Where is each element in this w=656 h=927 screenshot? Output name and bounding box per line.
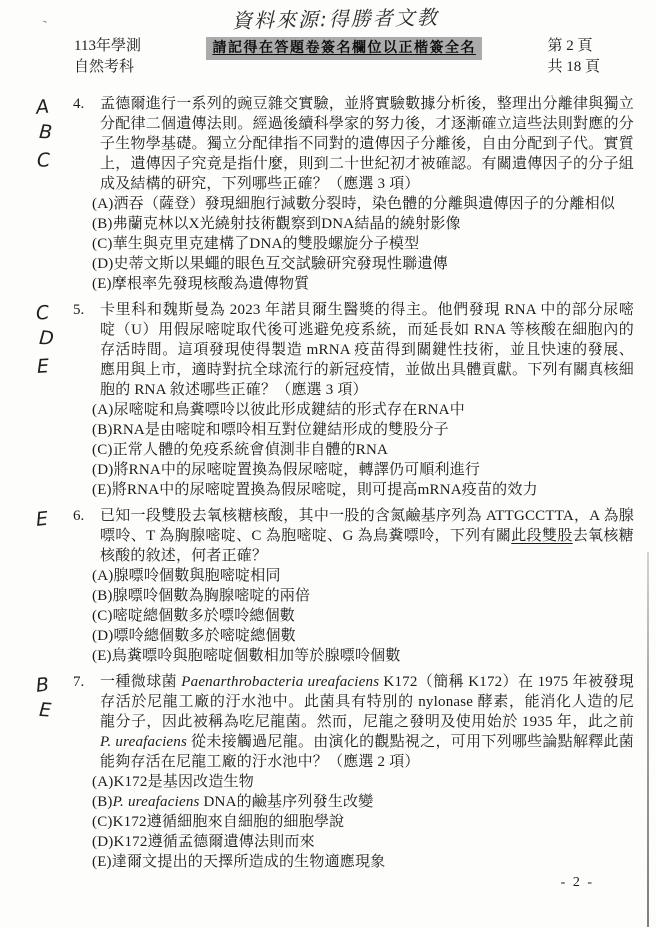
- text-segment: 尿嘧啶和鳥糞嘌呤以彼此形成鍵結的形式存在RNA中: [113, 402, 464, 418]
- option-label: (B): [92, 422, 113, 438]
- option: (E)摩根率先發現核酸為遺傳物質: [92, 274, 634, 294]
- handwritten-answer-letters: BE: [36, 672, 73, 872]
- option-label: (C): [92, 814, 113, 830]
- option-label: (A): [92, 774, 113, 790]
- option: (C)正常人體的免疫系統會偵測非自體的RNA: [92, 440, 634, 460]
- question: BE7.一種微球菌 Paenarthrobacteria ureafaciens…: [36, 672, 634, 872]
- option: (A)腺嘌呤個數與胞嘧啶相同: [92, 566, 634, 586]
- option-text: 弗蘭克林以X光繞射技術觀察到DNA結晶的繞射影像: [113, 216, 461, 232]
- option-label: (B): [92, 794, 113, 810]
- handwritten-answer-letter: D: [38, 326, 77, 356]
- option-label: (D): [92, 834, 113, 850]
- text-segment: 正常人體的免疫系統會偵測非自體的RNA: [113, 442, 388, 458]
- option-text: 嘧啶總個數多於嘌呤總個數: [113, 608, 295, 624]
- signature-notice: 請記得在答題卷簽名欄位以正楷簽全名: [206, 37, 482, 60]
- subject-label: 自然考科: [74, 57, 141, 78]
- option: (D)K172遵循孟德爾遺傳法則而來: [92, 832, 634, 852]
- option-label: (C): [92, 442, 113, 458]
- option-text: 正常人體的免疫系統會偵測非自體的RNA: [113, 442, 388, 458]
- option-label: (D): [92, 462, 113, 478]
- text-segment: 摩根率先發現核酸為遺傳物質: [112, 276, 310, 292]
- text-segment: 將RNA中的尿嘧啶置換為假尿嘧啶，則可提高mRNA疫苗的效力: [112, 482, 538, 498]
- handwritten-answer-letter: C: [36, 147, 74, 176]
- option-label: (A): [92, 402, 113, 418]
- scanned-exam-page: 資料來源:得勝者文教 、 113年學測 自然考科 請記得在答題卷簽名欄位以正楷簽…: [0, 0, 656, 927]
- option: (D)史蒂文斯以果蠅的眼色互交試驗研究發現性聯遺傳: [92, 254, 634, 274]
- text-segment: 孟德爾進行一系列的豌豆雜交實驗，並將實驗數據分析後，整理出分離律與獨立分配律二個…: [100, 96, 634, 192]
- option-text: 將RNA中的尿嘧啶置換為假尿嘧啶，則可提高mRNA疫苗的效力: [112, 482, 538, 498]
- question-content: 一種微球菌 Paenarthrobacteria ureafaciens K17…: [100, 672, 634, 872]
- option: (D)將RNA中的尿嘧啶置換為假尿嘧啶，轉譯仍可順利進行: [92, 460, 634, 480]
- question-text: 一種微球菌 Paenarthrobacteria ureafaciens K17…: [100, 672, 634, 772]
- option: (A)洒吞（薩登）發現細胞行減數分裂時，染色體的分離與遺傳因子的分離相似: [92, 194, 634, 214]
- option-text: P. ureafaciens DNA的鹼基序列發生改變: [113, 794, 374, 810]
- option-text: K172遵循孟德爾遺傳法則而來: [113, 834, 314, 850]
- option-list: (A)洒吞（薩登）發現細胞行減數分裂時，染色體的分離與遺傳因子的分離相似(B)弗…: [92, 194, 634, 294]
- handwritten-answer-letter: E: [35, 504, 75, 535]
- handwritten-answer-letters: CDE: [36, 300, 73, 500]
- option-label: (E): [92, 854, 112, 870]
- text-segment: 史蒂文斯以果蠅的眼色互交試驗研究發現性聯遺傳: [113, 256, 447, 272]
- question-text: 已知一段雙股去氧核糖核酸，其中一股的含氮鹼基序列為 ATTGCCTTA，A 為腺…: [100, 506, 634, 566]
- page-number-label: 第 2 頁: [547, 36, 600, 57]
- footer-page-number: - 2 -: [561, 875, 594, 891]
- option-text: 腺嘌呤個數為胸腺嘧啶的兩倍: [113, 588, 311, 604]
- text-segment: P. ureafaciens: [100, 734, 187, 750]
- option-text: K172遵循細胞來自細胞的細胞學說: [113, 814, 345, 830]
- option: (C)華生與克里克建構了DNA的雙股螺旋分子模型: [92, 234, 634, 254]
- scan-artifact-line: [647, 552, 649, 927]
- option-label: (D): [92, 256, 113, 272]
- option-list: (A)尿嘧啶和鳥糞嘌呤以彼此形成鍵結的形式存在RNA中(B)RNA是由嘧啶和嘌呤…: [92, 400, 634, 500]
- text-segment: K172遵循細胞來自細胞的細胞學說: [113, 814, 345, 830]
- option-label: (A): [92, 568, 113, 584]
- text-segment: K172是基因改造生物: [113, 774, 254, 790]
- option-label: (E): [92, 482, 112, 498]
- text-segment: 一種微球菌: [100, 674, 181, 690]
- option: (E)將RNA中的尿嘧啶置換為假尿嘧啶，則可提高mRNA疫苗的效力: [92, 480, 634, 500]
- option: (A)K172是基因改造生物: [92, 772, 634, 792]
- option-label: (B): [92, 216, 113, 232]
- option-text: 摩根率先發現核酸為遺傳物質: [112, 276, 310, 292]
- option-text: 將RNA中的尿嘧啶置換為假尿嘧啶，轉譯仍可順利進行: [113, 462, 480, 478]
- handwritten-answer-letter: E: [38, 698, 77, 728]
- handwritten-answer-letter: E: [36, 353, 74, 382]
- handwritten-answer-letter: B: [35, 670, 75, 701]
- option-label: (E): [92, 648, 112, 664]
- option: (E)達爾文提出的天擇所造成的生物適應現象: [92, 852, 634, 872]
- option-label: (D): [92, 628, 113, 644]
- option: (B)腺嘌呤個數為胸腺嘧啶的兩倍: [92, 586, 634, 606]
- text-segment: 腺嘌呤個數為胸腺嘧啶的兩倍: [113, 588, 311, 604]
- option-text: RNA是由嘧啶和嘌呤相互對位鍵結形成的雙股分子: [113, 422, 449, 438]
- handwritten-answer-letter: B: [38, 120, 77, 150]
- handwritten-answer-letters: ABC: [36, 94, 73, 294]
- option: (C)嘧啶總個數多於嘌呤總個數: [92, 606, 634, 626]
- text-segment: K172遵循孟德爾遺傳法則而來: [113, 834, 314, 850]
- option-label: (A): [92, 196, 113, 212]
- scan-speck-mark: 、: [37, 4, 57, 27]
- text-segment: P. ureafaciens: [113, 794, 200, 810]
- option-label: (E): [92, 276, 112, 292]
- option: (B)RNA是由嘧啶和嘌呤相互對位鍵結形成的雙股分子: [92, 420, 634, 440]
- option-text: 腺嘌呤個數與胞嘧啶相同: [113, 568, 280, 584]
- text-segment: RNA是由嘧啶和嘌呤相互對位鍵結形成的雙股分子: [113, 422, 449, 438]
- option-text: 尿嘧啶和鳥糞嘌呤以彼此形成鍵結的形式存在RNA中: [113, 402, 464, 418]
- handwritten-answer-letters: E: [36, 506, 73, 666]
- option-text: 史蒂文斯以果蠅的眼色互交試驗研究發現性聯遺傳: [113, 256, 447, 272]
- question-list: ABC4.孟德爾進行一系列的豌豆雜交實驗，並將實驗數據分析後，整理出分離律與獨立…: [36, 94, 634, 878]
- question-content: 已知一段雙股去氧核糖核酸，其中一股的含氮鹼基序列為 ATTGCCTTA，A 為腺…: [100, 506, 634, 666]
- text-segment: 達爾文提出的天擇所造成的生物適應現象: [112, 854, 386, 870]
- page-header: 113年學測 自然考科 請記得在答題卷簽名欄位以正楷簽全名 第 2 頁 共 18…: [74, 36, 600, 78]
- option-label: (C): [92, 608, 113, 624]
- option-text: 華生與克里克建構了DNA的雙股螺旋分子模型: [113, 236, 420, 252]
- option: (B)P. ureafaciens DNA的鹼基序列發生改變: [92, 792, 634, 812]
- option-text: 鳥糞嘌呤與胞嘧啶個數相加等於腺嘌呤個數: [112, 648, 401, 664]
- text-segment: 將RNA中的尿嘧啶置換為假尿嘧啶，轉譯仍可順利進行: [113, 462, 480, 478]
- text-segment: 弗蘭克林以X光繞射技術觀察到DNA結晶的繞射影像: [113, 216, 461, 232]
- text-segment: 卡里科和魏斯曼為 2023 年諾貝爾生醫獎的得主。他們發現 RNA 中的部分尿嘧…: [100, 302, 634, 398]
- question-content: 卡里科和魏斯曼為 2023 年諾貝爾生醫獎的得主。他們發現 RNA 中的部分尿嘧…: [100, 300, 634, 500]
- handwritten-source-annotation: 資料來源:得勝者文教: [232, 1, 439, 34]
- question-content: 孟德爾進行一系列的豌豆雜交實驗，並將實驗數據分析後，整理出分離律與獨立分配律二個…: [100, 94, 634, 294]
- question: CDE5.卡里科和魏斯曼為 2023 年諾貝爾生醫獎的得主。他們發現 RNA 中…: [36, 300, 634, 500]
- text-segment: 嘌呤總個數多於嘧啶總個數: [113, 628, 295, 644]
- option-text: K172是基因改造生物: [113, 774, 254, 790]
- handwritten-answer-letter: C: [35, 298, 75, 329]
- text-segment: 嘧啶總個數多於嘌呤總個數: [113, 608, 295, 624]
- option: (A)尿嘧啶和鳥糞嘌呤以彼此形成鍵結的形式存在RNA中: [92, 400, 634, 420]
- text-segment: 此段雙股: [511, 528, 572, 544]
- option-label: (C): [92, 236, 113, 252]
- option-list: (A)K172是基因改造生物(B)P. ureafaciens DNA的鹼基序列…: [92, 772, 634, 872]
- text-segment: 洒吞（薩登）發現細胞行減數分裂時，染色體的分離與遺傳因子的分離相似: [113, 196, 615, 212]
- handwritten-answer-letter: A: [35, 92, 75, 123]
- text-segment: DNA的鹼基序列發生改變: [200, 794, 374, 810]
- option: (B)弗蘭克林以X光繞射技術觀察到DNA結晶的繞射影像: [92, 214, 634, 234]
- option-text: 洒吞（薩登）發現細胞行減數分裂時，染色體的分離與遺傳因子的分離相似: [113, 196, 615, 212]
- option: (C)K172遵循細胞來自細胞的細胞學說: [92, 812, 634, 832]
- text-segment: 腺嘌呤個數與胞嘧啶相同: [113, 568, 280, 584]
- header-left: 113年學測 自然考科: [74, 36, 141, 78]
- option-label: (B): [92, 588, 113, 604]
- text-segment: 華生與克里克建構了DNA的雙股螺旋分子模型: [113, 236, 420, 252]
- option: (D)嘌呤總個數多於嘧啶總個數: [92, 626, 634, 646]
- question-text: 卡里科和魏斯曼為 2023 年諾貝爾生醫獎的得主。他們發現 RNA 中的部分尿嘧…: [100, 300, 634, 400]
- option-text: 達爾文提出的天擇所造成的生物適應現象: [112, 854, 386, 870]
- question: E6.已知一段雙股去氧核糖核酸，其中一股的含氮鹼基序列為 ATTGCCTTA，A…: [36, 506, 634, 666]
- text-segment: Paenarthrobacteria ureafaciens: [181, 674, 379, 690]
- text-segment: 鳥糞嘌呤與胞嘧啶個數相加等於腺嘌呤個數: [112, 648, 401, 664]
- question-text: 孟德爾進行一系列的豌豆雜交實驗，並將實驗數據分析後，整理出分離律與獨立分配律二個…: [100, 94, 634, 194]
- option: (E)鳥糞嘌呤與胞嘧啶個數相加等於腺嘌呤個數: [92, 646, 634, 666]
- option-list: (A)腺嘌呤個數與胞嘧啶相同(B)腺嘌呤個數為胸腺嘧啶的兩倍(C)嘧啶總個數多於…: [92, 566, 634, 666]
- question: ABC4.孟德爾進行一系列的豌豆雜交實驗，並將實驗數據分析後，整理出分離律與獨立…: [36, 94, 634, 294]
- exam-year-label: 113年學測: [74, 36, 141, 57]
- total-pages-label: 共 18 頁: [547, 57, 600, 78]
- header-right: 第 2 頁 共 18 頁: [547, 36, 600, 78]
- option-text: 嘌呤總個數多於嘧啶總個數: [113, 628, 295, 644]
